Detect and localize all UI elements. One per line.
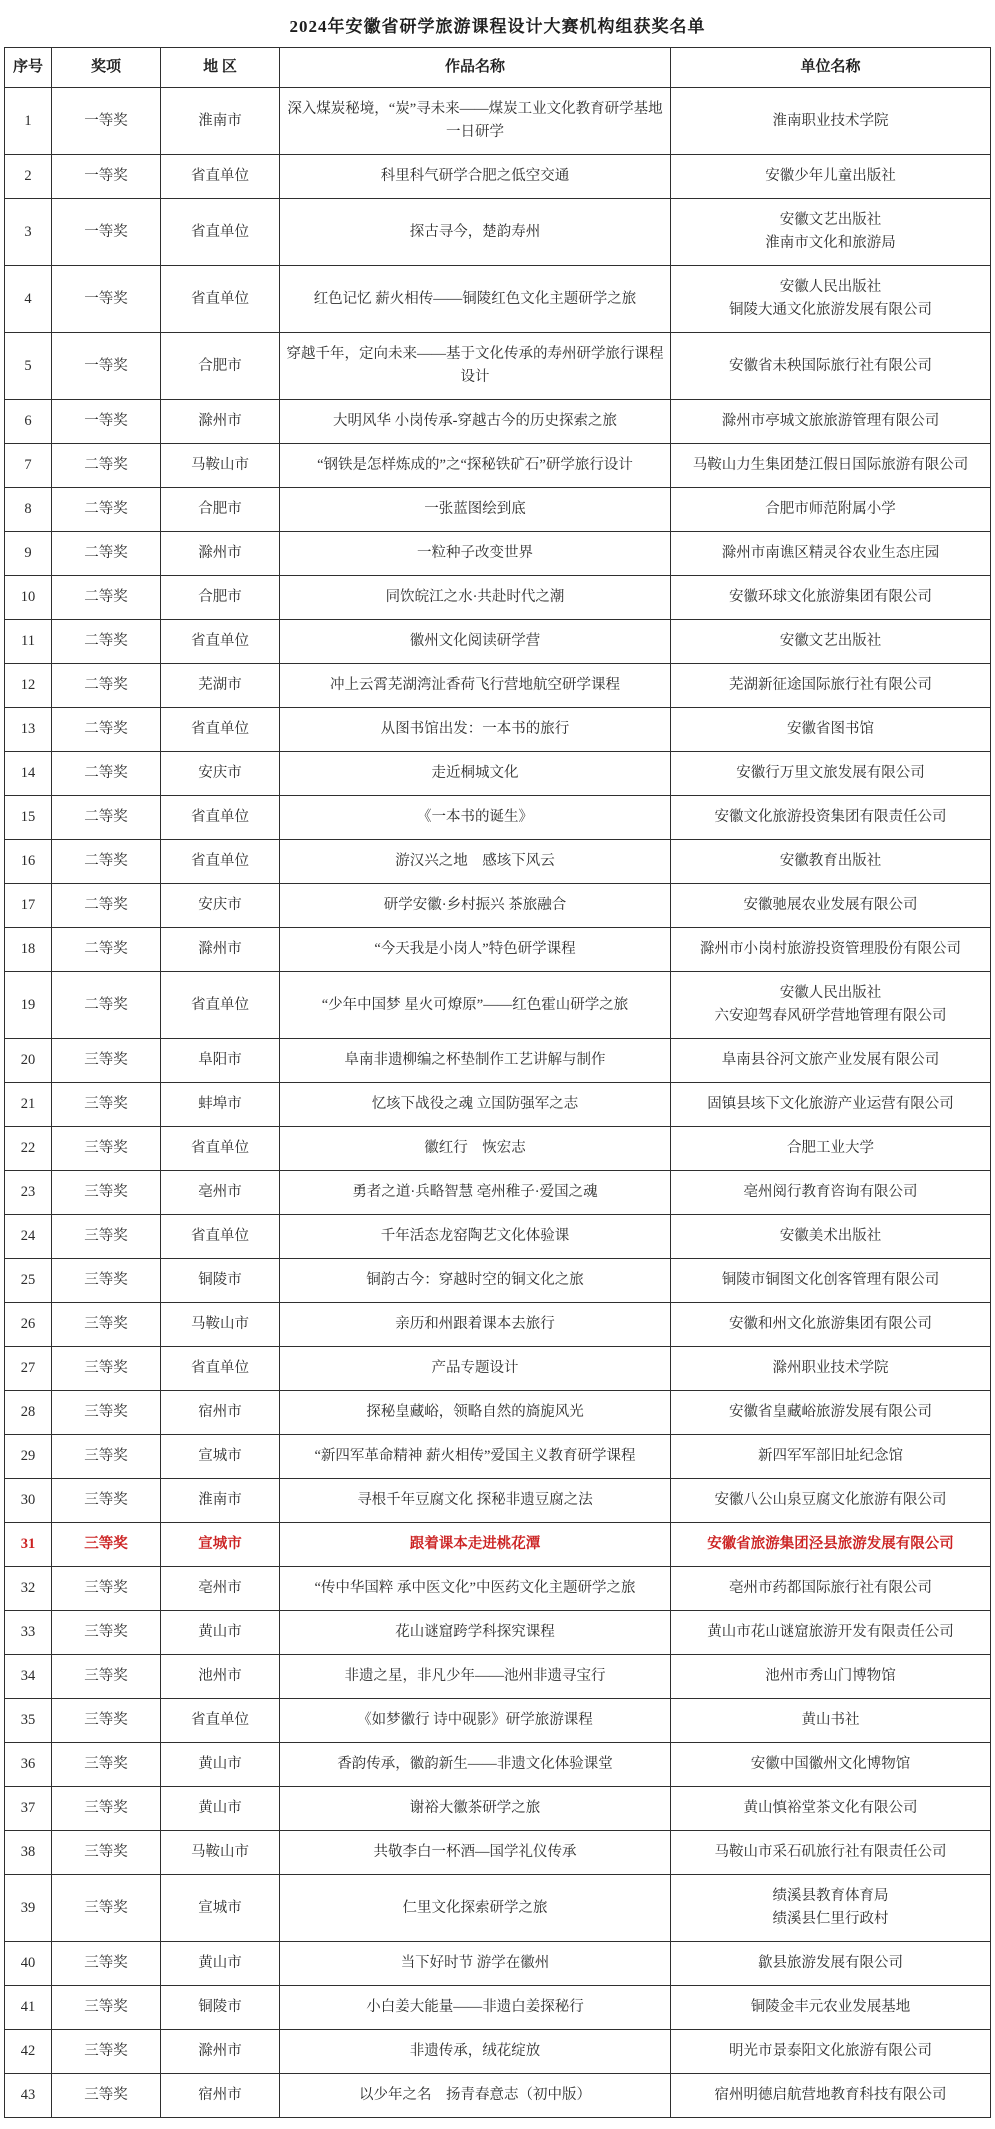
cell-award: 三等奖 xyxy=(52,2030,161,2074)
cell-unit: 安徽环球文化旅游集团有限公司 xyxy=(671,576,991,620)
cell-work: “少年中国梦 星火可燎原”——红色霍山研学之旅 xyxy=(280,972,671,1039)
cell-unit: 亳州阅行教育咨询有限公司 xyxy=(671,1171,991,1215)
table-header: 序号奖项地 区作品名称单位名称 xyxy=(5,48,991,88)
table-row: 18二等奖滁州市“今天我是小岗人”特色研学课程滁州市小岗村旅游投资管理股份有限公… xyxy=(5,928,991,972)
cell-unit: 新四军军部旧址纪念馆 xyxy=(671,1435,991,1479)
cell-work: 红色记忆 薪火相传——铜陵红色文化主题研学之旅 xyxy=(280,266,671,333)
cell-index: 25 xyxy=(5,1259,52,1303)
cell-award: 三等奖 xyxy=(52,1303,161,1347)
cell-work: 非遗之星，非凡少年——池州非遗寻宝行 xyxy=(280,1655,671,1699)
cell-work: 跟着课本走进桃花潭 xyxy=(280,1523,671,1567)
cell-work: 一张蓝图绘到底 xyxy=(280,488,671,532)
cell-unit: 安徽八公山泉豆腐文化旅游有限公司 xyxy=(671,1479,991,1523)
cell-award: 三等奖 xyxy=(52,1127,161,1171)
cell-region: 滁州市 xyxy=(161,400,280,444)
cell-work: 花山谜窟跨学科探究课程 xyxy=(280,1611,671,1655)
cell-work: 一粒种子改变世界 xyxy=(280,532,671,576)
cell-unit: 安徽省旅游集团泾县旅游发展有限公司 xyxy=(671,1523,991,1567)
cell-region: 省直单位 xyxy=(161,708,280,752)
cell-award: 二等奖 xyxy=(52,840,161,884)
cell-index: 17 xyxy=(5,884,52,928)
table-row: 21三等奖蚌埠市忆垓下战役之魂 立国防强军之志固镇县垓下文化旅游产业运营有限公司 xyxy=(5,1083,991,1127)
cell-award: 三等奖 xyxy=(52,2074,161,2118)
cell-index: 22 xyxy=(5,1127,52,1171)
cell-work: 勇者之道·兵略智慧 亳州稚子·爱国之魂 xyxy=(280,1171,671,1215)
table-row: 32三等奖亳州市“传中华国粹 承中医文化”中医药文化主题研学之旅亳州市药都国际旅… xyxy=(5,1567,991,1611)
cell-region: 马鞍山市 xyxy=(161,1303,280,1347)
cell-index: 41 xyxy=(5,1986,52,2030)
cell-unit: 阜南县谷河文旅产业发展有限公司 xyxy=(671,1039,991,1083)
cell-unit: 淮南职业技术学院 xyxy=(671,88,991,155)
cell-award: 一等奖 xyxy=(52,400,161,444)
cell-work: 谢裕大徽茶研学之旅 xyxy=(280,1787,671,1831)
cell-award: 二等奖 xyxy=(52,752,161,796)
cell-unit: 安徽教育出版社 xyxy=(671,840,991,884)
cell-index: 6 xyxy=(5,400,52,444)
cell-index: 26 xyxy=(5,1303,52,1347)
cell-work: 徽红行 恢宏志 xyxy=(280,1127,671,1171)
column-header-award: 奖项 xyxy=(52,48,161,88)
cell-work: 《如梦徽行 诗中砚影》研学旅游课程 xyxy=(280,1699,671,1743)
cell-index: 9 xyxy=(5,532,52,576)
cell-award: 三等奖 xyxy=(52,1875,161,1942)
cell-unit: 黄山书社 xyxy=(671,1699,991,1743)
cell-region: 宣城市 xyxy=(161,1523,280,1567)
cell-work: 非遗传承，绒花绽放 xyxy=(280,2030,671,2074)
cell-unit: 安徽人民出版社 铜陵大通文化旅游发展有限公司 xyxy=(671,266,991,333)
cell-region: 合肥市 xyxy=(161,333,280,400)
cell-index: 27 xyxy=(5,1347,52,1391)
cell-work: 《一本书的诞生》 xyxy=(280,796,671,840)
cell-index: 3 xyxy=(5,199,52,266)
table-row: 10二等奖合肥市同饮皖江之水·共赴时代之潮安徽环球文化旅游集团有限公司 xyxy=(5,576,991,620)
table-row: 29三等奖宣城市“新四军革命精神 薪火相传”爱国主义教育研学课程新四军军部旧址纪… xyxy=(5,1435,991,1479)
cell-award: 二等奖 xyxy=(52,620,161,664)
cell-unit: 黄山市花山谜窟旅游开发有限责任公司 xyxy=(671,1611,991,1655)
cell-region: 省直单位 xyxy=(161,796,280,840)
cell-work: 以少年之名 扬青春意志（初中版） xyxy=(280,2074,671,2118)
table-row: 37三等奖黄山市谢裕大徽茶研学之旅黄山慎裕堂茶文化有限公司 xyxy=(5,1787,991,1831)
cell-index: 28 xyxy=(5,1391,52,1435)
cell-index: 33 xyxy=(5,1611,52,1655)
cell-region: 芜湖市 xyxy=(161,664,280,708)
cell-region: 铜陵市 xyxy=(161,1259,280,1303)
table-row: 33三等奖黄山市花山谜窟跨学科探究课程黄山市花山谜窟旅游开发有限责任公司 xyxy=(5,1611,991,1655)
cell-index: 19 xyxy=(5,972,52,1039)
cell-work: 穿越千年，定向未来——基于文化传承的寿州研学旅行课程设计 xyxy=(280,333,671,400)
cell-unit: 合肥市师范附属小学 xyxy=(671,488,991,532)
cell-work: 探秘皇藏峪，领略自然的旖旎风光 xyxy=(280,1391,671,1435)
cell-unit: 铜陵市铜图文化创客管理有限公司 xyxy=(671,1259,991,1303)
cell-region: 亳州市 xyxy=(161,1171,280,1215)
cell-unit: 明光市景泰阳文化旅游有限公司 xyxy=(671,2030,991,2074)
cell-work: 研学安徽·乡村振兴 茶旅融合 xyxy=(280,884,671,928)
cell-region: 省直单位 xyxy=(161,155,280,199)
cell-index: 11 xyxy=(5,620,52,664)
cell-work: “今天我是小岗人”特色研学课程 xyxy=(280,928,671,972)
cell-region: 滁州市 xyxy=(161,532,280,576)
table-row: 17二等奖安庆市研学安徽·乡村振兴 茶旅融合安徽驰展农业发展有限公司 xyxy=(5,884,991,928)
cell-work: “新四军革命精神 薪火相传”爱国主义教育研学课程 xyxy=(280,1435,671,1479)
cell-unit: 安徽中国徽州文化博物馆 xyxy=(671,1743,991,1787)
table-row: 30三等奖淮南市寻根千年豆腐文化 探秘非遗豆腐之法安徽八公山泉豆腐文化旅游有限公… xyxy=(5,1479,991,1523)
cell-index: 4 xyxy=(5,266,52,333)
cell-region: 滁州市 xyxy=(161,2030,280,2074)
table-row: 20三等奖阜阳市阜南非遗柳编之杯垫制作工艺讲解与制作阜南县谷河文旅产业发展有限公… xyxy=(5,1039,991,1083)
cell-work: 共敬李白一杯酒—国学礼仪传承 xyxy=(280,1831,671,1875)
cell-work: 香韵传承，徽韵新生——非遗文化体验课堂 xyxy=(280,1743,671,1787)
cell-work: “钢铁是怎样炼成的”之“探秘铁矿石”研学旅行设计 xyxy=(280,444,671,488)
cell-region: 安庆市 xyxy=(161,884,280,928)
cell-region: 淮南市 xyxy=(161,1479,280,1523)
cell-work: 铜韵古今：穿越时空的铜文化之旅 xyxy=(280,1259,671,1303)
cell-unit: 马鞍山市采石矶旅行社有限责任公司 xyxy=(671,1831,991,1875)
cell-region: 宣城市 xyxy=(161,1875,280,1942)
table-row: 22三等奖省直单位徽红行 恢宏志合肥工业大学 xyxy=(5,1127,991,1171)
cell-index: 35 xyxy=(5,1699,52,1743)
cell-region: 亳州市 xyxy=(161,1567,280,1611)
cell-region: 省直单位 xyxy=(161,620,280,664)
cell-work: 忆垓下战役之魂 立国防强军之志 xyxy=(280,1083,671,1127)
table-header-row: 序号奖项地 区作品名称单位名称 xyxy=(5,48,991,88)
cell-award: 二等奖 xyxy=(52,928,161,972)
cell-unit: 固镇县垓下文化旅游产业运营有限公司 xyxy=(671,1083,991,1127)
cell-region: 合肥市 xyxy=(161,576,280,620)
cell-index: 15 xyxy=(5,796,52,840)
cell-index: 1 xyxy=(5,88,52,155)
cell-index: 38 xyxy=(5,1831,52,1875)
cell-work: 当下好时节 游学在徽州 xyxy=(280,1942,671,1986)
cell-region: 省直单位 xyxy=(161,1127,280,1171)
cell-work: “传中华国粹 承中医文化”中医药文化主题研学之旅 xyxy=(280,1567,671,1611)
cell-index: 34 xyxy=(5,1655,52,1699)
cell-region: 蚌埠市 xyxy=(161,1083,280,1127)
cell-unit: 安徽省皇藏峪旅游发展有限公司 xyxy=(671,1391,991,1435)
table-row: 8二等奖合肥市一张蓝图绘到底合肥市师范附属小学 xyxy=(5,488,991,532)
cell-award: 一等奖 xyxy=(52,88,161,155)
table-row: 26三等奖马鞍山市亲历和州跟着课本去旅行安徽和州文化旅游集团有限公司 xyxy=(5,1303,991,1347)
table-row: 7二等奖马鞍山市“钢铁是怎样炼成的”之“探秘铁矿石”研学旅行设计马鞍山力生集团楚… xyxy=(5,444,991,488)
cell-index: 39 xyxy=(5,1875,52,1942)
cell-unit: 安徽和州文化旅游集团有限公司 xyxy=(671,1303,991,1347)
cell-work: 游汉兴之地 感垓下风云 xyxy=(280,840,671,884)
cell-unit: 安徽省未秧国际旅行社有限公司 xyxy=(671,333,991,400)
cell-work: 走近桐城文化 xyxy=(280,752,671,796)
table-row: 43三等奖宿州市以少年之名 扬青春意志（初中版）宿州明德启航营地教育科技有限公司 xyxy=(5,2074,991,2118)
cell-region: 马鞍山市 xyxy=(161,444,280,488)
cell-unit: 滁州市亭城文旅旅游管理有限公司 xyxy=(671,400,991,444)
cell-award: 三等奖 xyxy=(52,1942,161,1986)
column-header-unit: 单位名称 xyxy=(671,48,991,88)
table-row: 3一等奖省直单位探古寻今，楚韵寿州安徽文艺出版社 淮南市文化和旅游局 xyxy=(5,199,991,266)
cell-award: 三等奖 xyxy=(52,1215,161,1259)
cell-work: 仁里文化探索研学之旅 xyxy=(280,1875,671,1942)
cell-index: 8 xyxy=(5,488,52,532)
cell-index: 42 xyxy=(5,2030,52,2074)
table-row: 9二等奖滁州市一粒种子改变世界滁州市南谯区精灵谷农业生态庄园 xyxy=(5,532,991,576)
cell-unit: 安徽文艺出版社 xyxy=(671,620,991,664)
cell-work: 从图书馆出发：一本书的旅行 xyxy=(280,708,671,752)
award-table: 序号奖项地 区作品名称单位名称 1一等奖淮南市深入煤炭秘境，“炭”寻未来——煤炭… xyxy=(4,47,991,2118)
cell-unit: 黄山慎裕堂茶文化有限公司 xyxy=(671,1787,991,1831)
table-row: 19二等奖省直单位“少年中国梦 星火可燎原”——红色霍山研学之旅安徽人民出版社 … xyxy=(5,972,991,1039)
cell-region: 阜阳市 xyxy=(161,1039,280,1083)
cell-award: 二等奖 xyxy=(52,444,161,488)
cell-work: 亲历和州跟着课本去旅行 xyxy=(280,1303,671,1347)
cell-unit: 歙县旅游发展有限公司 xyxy=(671,1942,991,1986)
table-row: 40三等奖黄山市当下好时节 游学在徽州歙县旅游发展有限公司 xyxy=(5,1942,991,1986)
table-row: 11二等奖省直单位徽州文化阅读研学营安徽文艺出版社 xyxy=(5,620,991,664)
cell-index: 7 xyxy=(5,444,52,488)
cell-region: 黄山市 xyxy=(161,1743,280,1787)
cell-unit: 合肥工业大学 xyxy=(671,1127,991,1171)
cell-index: 36 xyxy=(5,1743,52,1787)
page-title: 2024年安徽省研学旅游课程设计大赛机构组获奖名单 xyxy=(4,6,991,47)
cell-unit: 亳州市药都国际旅行社有限公司 xyxy=(671,1567,991,1611)
cell-award: 三等奖 xyxy=(52,1347,161,1391)
table-row: 6一等奖滁州市大明风华 小岗传承-穿越古今的历史探索之旅滁州市亭城文旅旅游管理有… xyxy=(5,400,991,444)
cell-index: 40 xyxy=(5,1942,52,1986)
table-row: 13二等奖省直单位从图书馆出发：一本书的旅行安徽省图书馆 xyxy=(5,708,991,752)
table-row: 5一等奖合肥市穿越千年，定向未来——基于文化传承的寿州研学旅行课程设计安徽省未秧… xyxy=(5,333,991,400)
table-row: 38三等奖马鞍山市共敬李白一杯酒—国学礼仪传承马鞍山市采石矶旅行社有限责任公司 xyxy=(5,1831,991,1875)
cell-award: 一等奖 xyxy=(52,199,161,266)
cell-index: 10 xyxy=(5,576,52,620)
cell-award: 二等奖 xyxy=(52,972,161,1039)
cell-work: 阜南非遗柳编之杯垫制作工艺讲解与制作 xyxy=(280,1039,671,1083)
table-row: 39三等奖宣城市仁里文化探索研学之旅绩溪县教育体育局 绩溪县仁里行政村 xyxy=(5,1875,991,1942)
cell-work: 千年活态龙窑陶艺文化体验课 xyxy=(280,1215,671,1259)
cell-award: 二等奖 xyxy=(52,884,161,928)
cell-region: 省直单位 xyxy=(161,266,280,333)
cell-region: 马鞍山市 xyxy=(161,1831,280,1875)
table-row: 16二等奖省直单位游汉兴之地 感垓下风云安徽教育出版社 xyxy=(5,840,991,884)
cell-award: 三等奖 xyxy=(52,1567,161,1611)
cell-index: 18 xyxy=(5,928,52,972)
cell-award: 一等奖 xyxy=(52,333,161,400)
cell-unit: 宿州明德启航营地教育科技有限公司 xyxy=(671,2074,991,2118)
column-header-index: 序号 xyxy=(5,48,52,88)
cell-region: 合肥市 xyxy=(161,488,280,532)
cell-unit: 安徽省图书馆 xyxy=(671,708,991,752)
cell-index: 21 xyxy=(5,1083,52,1127)
cell-index: 29 xyxy=(5,1435,52,1479)
cell-unit: 芜湖新征途国际旅行社有限公司 xyxy=(671,664,991,708)
table-row: 25三等奖铜陵市铜韵古今：穿越时空的铜文化之旅铜陵市铜图文化创客管理有限公司 xyxy=(5,1259,991,1303)
cell-award: 一等奖 xyxy=(52,266,161,333)
cell-award: 三等奖 xyxy=(52,1787,161,1831)
cell-region: 省直单位 xyxy=(161,840,280,884)
cell-award: 三等奖 xyxy=(52,1391,161,1435)
cell-award: 三等奖 xyxy=(52,1259,161,1303)
cell-index: 2 xyxy=(5,155,52,199)
table-row: 23三等奖亳州市勇者之道·兵略智慧 亳州稚子·爱国之魂亳州阅行教育咨询有限公司 xyxy=(5,1171,991,1215)
cell-index: 14 xyxy=(5,752,52,796)
cell-index: 30 xyxy=(5,1479,52,1523)
cell-award: 三等奖 xyxy=(52,1986,161,2030)
table-row: 34三等奖池州市非遗之星，非凡少年——池州非遗寻宝行池州市秀山门博物馆 xyxy=(5,1655,991,1699)
cell-unit: 安徽少年儿童出版社 xyxy=(671,155,991,199)
cell-region: 宣城市 xyxy=(161,1435,280,1479)
cell-index: 5 xyxy=(5,333,52,400)
table-row: 12二等奖芜湖市冲上云霄芜湖湾沚香荷飞行营地航空研学课程芜湖新征途国际旅行社有限… xyxy=(5,664,991,708)
table-row: 35三等奖省直单位《如梦徽行 诗中砚影》研学旅游课程黄山书社 xyxy=(5,1699,991,1743)
cell-unit: 滁州市小岗村旅游投资管理股份有限公司 xyxy=(671,928,991,972)
cell-work: 大明风华 小岗传承-穿越古今的历史探索之旅 xyxy=(280,400,671,444)
cell-award: 三等奖 xyxy=(52,1479,161,1523)
cell-work: 深入煤炭秘境，“炭”寻未来——煤炭工业文化教育研学基地一日研学 xyxy=(280,88,671,155)
cell-unit: 安徽行万里文旅发展有限公司 xyxy=(671,752,991,796)
cell-region: 黄山市 xyxy=(161,1787,280,1831)
cell-region: 宿州市 xyxy=(161,2074,280,2118)
table-row: 14二等奖安庆市走近桐城文化安徽行万里文旅发展有限公司 xyxy=(5,752,991,796)
cell-region: 省直单位 xyxy=(161,199,280,266)
cell-award: 三等奖 xyxy=(52,1611,161,1655)
cell-work: 科里科气研学合肥之低空交通 xyxy=(280,155,671,199)
cell-unit: 安徽人民出版社 六安迎驾春风研学营地管理有限公司 xyxy=(671,972,991,1039)
cell-work: 寻根千年豆腐文化 探秘非遗豆腐之法 xyxy=(280,1479,671,1523)
table-row: 15二等奖省直单位《一本书的诞生》安徽文化旅游投资集团有限责任公司 xyxy=(5,796,991,840)
cell-award: 三等奖 xyxy=(52,1831,161,1875)
cell-region: 滁州市 xyxy=(161,928,280,972)
cell-award: 三等奖 xyxy=(52,1523,161,1567)
cell-unit: 绩溪县教育体育局 绩溪县仁里行政村 xyxy=(671,1875,991,1942)
cell-award: 三等奖 xyxy=(52,1039,161,1083)
column-header-work: 作品名称 xyxy=(280,48,671,88)
cell-index: 16 xyxy=(5,840,52,884)
cell-award: 二等奖 xyxy=(52,532,161,576)
award-list-page: 2024年安徽省研学旅游课程设计大赛机构组获奖名单 序号奖项地 区作品名称单位名… xyxy=(0,0,995,2124)
cell-index: 23 xyxy=(5,1171,52,1215)
table-row: 31三等奖宣城市跟着课本走进桃花潭安徽省旅游集团泾县旅游发展有限公司 xyxy=(5,1523,991,1567)
cell-award: 一等奖 xyxy=(52,155,161,199)
cell-index: 43 xyxy=(5,2074,52,2118)
cell-region: 宿州市 xyxy=(161,1391,280,1435)
cell-award: 三等奖 xyxy=(52,1743,161,1787)
cell-index: 37 xyxy=(5,1787,52,1831)
cell-index: 13 xyxy=(5,708,52,752)
cell-region: 省直单位 xyxy=(161,1699,280,1743)
table-row: 2一等奖省直单位科里科气研学合肥之低空交通安徽少年儿童出版社 xyxy=(5,155,991,199)
cell-work: 冲上云霄芜湖湾沚香荷飞行营地航空研学课程 xyxy=(280,664,671,708)
cell-unit: 安徽驰展农业发展有限公司 xyxy=(671,884,991,928)
cell-unit: 安徽文艺出版社 淮南市文化和旅游局 xyxy=(671,199,991,266)
cell-region: 淮南市 xyxy=(161,88,280,155)
cell-award: 二等奖 xyxy=(52,488,161,532)
cell-region: 省直单位 xyxy=(161,1347,280,1391)
cell-unit: 池州市秀山门博物馆 xyxy=(671,1655,991,1699)
table-row: 1一等奖淮南市深入煤炭秘境，“炭”寻未来——煤炭工业文化教育研学基地一日研学淮南… xyxy=(5,88,991,155)
cell-work: 探古寻今，楚韵寿州 xyxy=(280,199,671,266)
table-row: 41三等奖铜陵市小白姜大能量——非遗白姜探秘行铜陵金丰元农业发展基地 xyxy=(5,1986,991,2030)
table-row: 42三等奖滁州市非遗传承，绒花绽放明光市景泰阳文化旅游有限公司 xyxy=(5,2030,991,2074)
table-row: 27三等奖省直单位产品专题设计滁州职业技术学院 xyxy=(5,1347,991,1391)
cell-unit: 马鞍山力生集团楚江假日国际旅游有限公司 xyxy=(671,444,991,488)
cell-region: 铜陵市 xyxy=(161,1986,280,2030)
cell-award: 三等奖 xyxy=(52,1171,161,1215)
cell-award: 三等奖 xyxy=(52,1655,161,1699)
cell-award: 三等奖 xyxy=(52,1083,161,1127)
table-row: 28三等奖宿州市探秘皇藏峪，领略自然的旖旎风光安徽省皇藏峪旅游发展有限公司 xyxy=(5,1391,991,1435)
cell-unit: 滁州职业技术学院 xyxy=(671,1347,991,1391)
table-body: 1一等奖淮南市深入煤炭秘境，“炭”寻未来——煤炭工业文化教育研学基地一日研学淮南… xyxy=(5,88,991,2118)
cell-unit: 滁州市南谯区精灵谷农业生态庄园 xyxy=(671,532,991,576)
cell-index: 20 xyxy=(5,1039,52,1083)
cell-index: 12 xyxy=(5,664,52,708)
cell-unit: 铜陵金丰元农业发展基地 xyxy=(671,1986,991,2030)
cell-region: 安庆市 xyxy=(161,752,280,796)
cell-region: 池州市 xyxy=(161,1655,280,1699)
cell-unit: 安徽美术出版社 xyxy=(671,1215,991,1259)
cell-work: 徽州文化阅读研学营 xyxy=(280,620,671,664)
cell-award: 三等奖 xyxy=(52,1699,161,1743)
table-row: 4一等奖省直单位红色记忆 薪火相传——铜陵红色文化主题研学之旅安徽人民出版社 铜… xyxy=(5,266,991,333)
cell-region: 省直单位 xyxy=(161,972,280,1039)
table-row: 24三等奖省直单位千年活态龙窑陶艺文化体验课安徽美术出版社 xyxy=(5,1215,991,1259)
cell-award: 二等奖 xyxy=(52,664,161,708)
column-header-region: 地 区 xyxy=(161,48,280,88)
cell-work: 小白姜大能量——非遗白姜探秘行 xyxy=(280,1986,671,2030)
cell-award: 二等奖 xyxy=(52,796,161,840)
cell-index: 24 xyxy=(5,1215,52,1259)
cell-index: 32 xyxy=(5,1567,52,1611)
cell-region: 黄山市 xyxy=(161,1942,280,1986)
cell-unit: 安徽文化旅游投资集团有限责任公司 xyxy=(671,796,991,840)
cell-region: 黄山市 xyxy=(161,1611,280,1655)
cell-index: 31 xyxy=(5,1523,52,1567)
cell-work: 产品专题设计 xyxy=(280,1347,671,1391)
cell-region: 省直单位 xyxy=(161,1215,280,1259)
cell-award: 三等奖 xyxy=(52,1435,161,1479)
table-row: 36三等奖黄山市香韵传承，徽韵新生——非遗文化体验课堂安徽中国徽州文化博物馆 xyxy=(5,1743,991,1787)
cell-work: 同饮皖江之水·共赴时代之潮 xyxy=(280,576,671,620)
cell-award: 二等奖 xyxy=(52,576,161,620)
cell-award: 二等奖 xyxy=(52,708,161,752)
